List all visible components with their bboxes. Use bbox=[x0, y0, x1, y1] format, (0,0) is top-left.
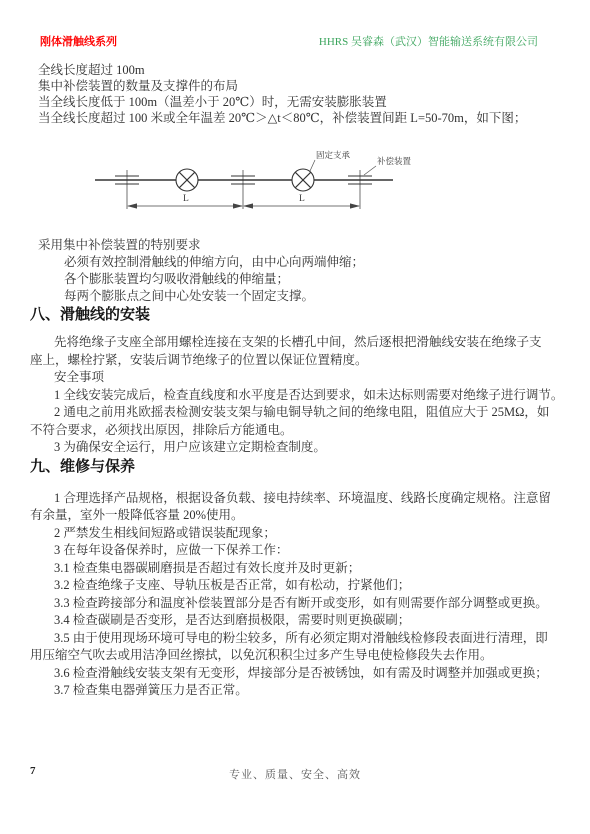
section-9-body: 1 合理选择产品规格，根据设备负载、接电持续率、环境温度、线路长度确定规格。注意… bbox=[30, 490, 564, 700]
text-line: 3 在每年设备保养时，应做一下保养工作： bbox=[54, 542, 564, 560]
text-line: 不符合要求，必须找出原因，排除后方能通电。 bbox=[30, 422, 564, 440]
fixed-support-symbol bbox=[176, 169, 198, 191]
intro-paragraph: 全线长度超过 100m集中补偿装置的数量及支撑件的布局当全线长度低于 100m（… bbox=[38, 62, 564, 126]
diagram-container: L L 固定支承 补偿装置 bbox=[65, 143, 564, 228]
text-line: 必须有效控制滑触线的伸缩方向，由中心向两端伸缩； bbox=[64, 254, 564, 271]
text-line: 3.1 检查集电器碳刷磨损是否超过有效长度并及时更新； bbox=[54, 560, 564, 578]
company-name: HHRS 吴睿森（武汉）智能输送系统有限公司 bbox=[319, 36, 538, 49]
page-content: 全线长度超过 100m集中补偿装置的数量及支撑件的布局当全线长度低于 100m（… bbox=[0, 62, 590, 700]
text-line: 1 合理选择产品规格，根据设备负载、接电持续率、环境温度、线路长度确定规格。注意… bbox=[54, 490, 564, 508]
text-line: 3.7 检查集电器弹簧压力是否正常。 bbox=[54, 682, 564, 700]
text-line: 3.3 检查跨接部分和温度补偿装置部分是否有断开或变形，如有则需要作部分调整或更… bbox=[54, 595, 564, 613]
text-line: 座上，螺栓拧紧，安装后调节绝缘子的位置以保证位置精度。 bbox=[30, 352, 564, 370]
text-line: 3 为确保安全运行，用户应该建立定期检查制度。 bbox=[54, 439, 564, 457]
section-8-heading: 八、滑触线的安装 bbox=[30, 305, 564, 325]
special-requirements: 采用集中补偿装置的特别要求 必须有效控制滑触线的伸缩方向，由中心向两端伸缩；各个… bbox=[38, 237, 564, 305]
page-header: 刚体滑触线系列 HHRS 吴睿森（武汉）智能输送系统有限公司 bbox=[0, 0, 590, 49]
section-8-body: 先将绝缘子支座全部用螺栓连接在支架的长槽孔中间，然后逐根把滑触线安装在绝缘子支座… bbox=[30, 334, 564, 457]
text-line: 3.4 检查碳刷是否变形，是否达到磨损极限，需要时则更换碳刷； bbox=[54, 612, 564, 630]
compensation-joint-symbol bbox=[115, 170, 139, 209]
text-line: 全线长度超过 100m bbox=[38, 62, 564, 78]
text-line: 各个膨胀装置均匀吸收滑触线的伸缩量； bbox=[64, 271, 564, 288]
text-line: 安全事项 bbox=[54, 369, 564, 387]
footer-slogan: 专业、质量、安全、高效 bbox=[0, 766, 590, 782]
compensation-layout-diagram: L L 固定支承 补偿装置 bbox=[65, 143, 590, 223]
series-title: 刚体滑触线系列 bbox=[40, 36, 117, 49]
text-line: 2 严禁发生相线间短路或错误装配现象； bbox=[54, 525, 564, 543]
text-line: 每两个膨胀点之间中心处安装一个固定支撑。 bbox=[64, 288, 564, 305]
text-line: 有余量，室外一般降低容量 20%使用。 bbox=[30, 507, 564, 525]
leader-line bbox=[364, 166, 376, 175]
fixed-support-label: 固定支承 bbox=[316, 150, 351, 160]
page-footer: 7 专业、质量、安全、高效 bbox=[0, 765, 590, 785]
compensation-joint-symbol bbox=[348, 170, 372, 209]
dimension-label: L bbox=[299, 194, 305, 204]
text-line: 3.5 由于使用现场环境可导电的粉尘较多，所有必须定期对滑触线检修段表面进行清理… bbox=[54, 630, 564, 648]
leader-line bbox=[310, 160, 315, 171]
text-line: 3.6 检查滑触线安装支架有无变形，焊接部分是否被锈蚀，如有需及时调整并加强或更… bbox=[54, 665, 564, 683]
compensation-device-label: 补偿装置 bbox=[377, 156, 412, 166]
dimension-line bbox=[127, 203, 360, 208]
text-line: 2 通电之前用兆欧摇表检测安装支架与输电铜导轨之间的绝缘电阻，阻值应大于 25M… bbox=[54, 404, 564, 422]
text-line: 当全线长度超过 100 米或全年温差 20℃＞△t＜80℃，补偿装置间距 L=5… bbox=[38, 110, 564, 126]
special-requirements-items: 必须有效控制滑触线的伸缩方向，由中心向两端伸缩；各个膨胀装置均匀吸收滑触线的伸缩… bbox=[38, 254, 564, 305]
section-9-heading: 九、维修与保养 bbox=[30, 457, 564, 477]
text-line: 3.2 检查绝缘子支座、导轨压板是否正常，如有松动，拧紧他们； bbox=[54, 577, 564, 595]
fixed-support-symbol bbox=[292, 169, 314, 191]
text-line: 1 全线安装完成后，检查直线度和水平度是否达到要求，如未达标则需要对绝缘子进行调… bbox=[54, 387, 564, 405]
text-line: 用压缩空气吹去或用洁净回丝擦拭，以免沉积积尘过多产生导电使检修段失去作用。 bbox=[30, 647, 564, 665]
text-line: 集中补偿装置的数量及支撑件的布局 bbox=[38, 78, 564, 94]
dimension-label: L bbox=[183, 194, 189, 204]
compensation-joint-symbol bbox=[231, 170, 255, 209]
text-line: 当全线长度低于 100m（温差小于 20℃）时，无需安装膨胀装置 bbox=[38, 94, 564, 110]
text-line: 先将绝缘子支座全部用螺栓连接在支架的长槽孔中间，然后逐根把滑触线安装在绝缘子支 bbox=[54, 334, 564, 352]
special-requirements-title: 采用集中补偿装置的特别要求 bbox=[38, 237, 564, 254]
